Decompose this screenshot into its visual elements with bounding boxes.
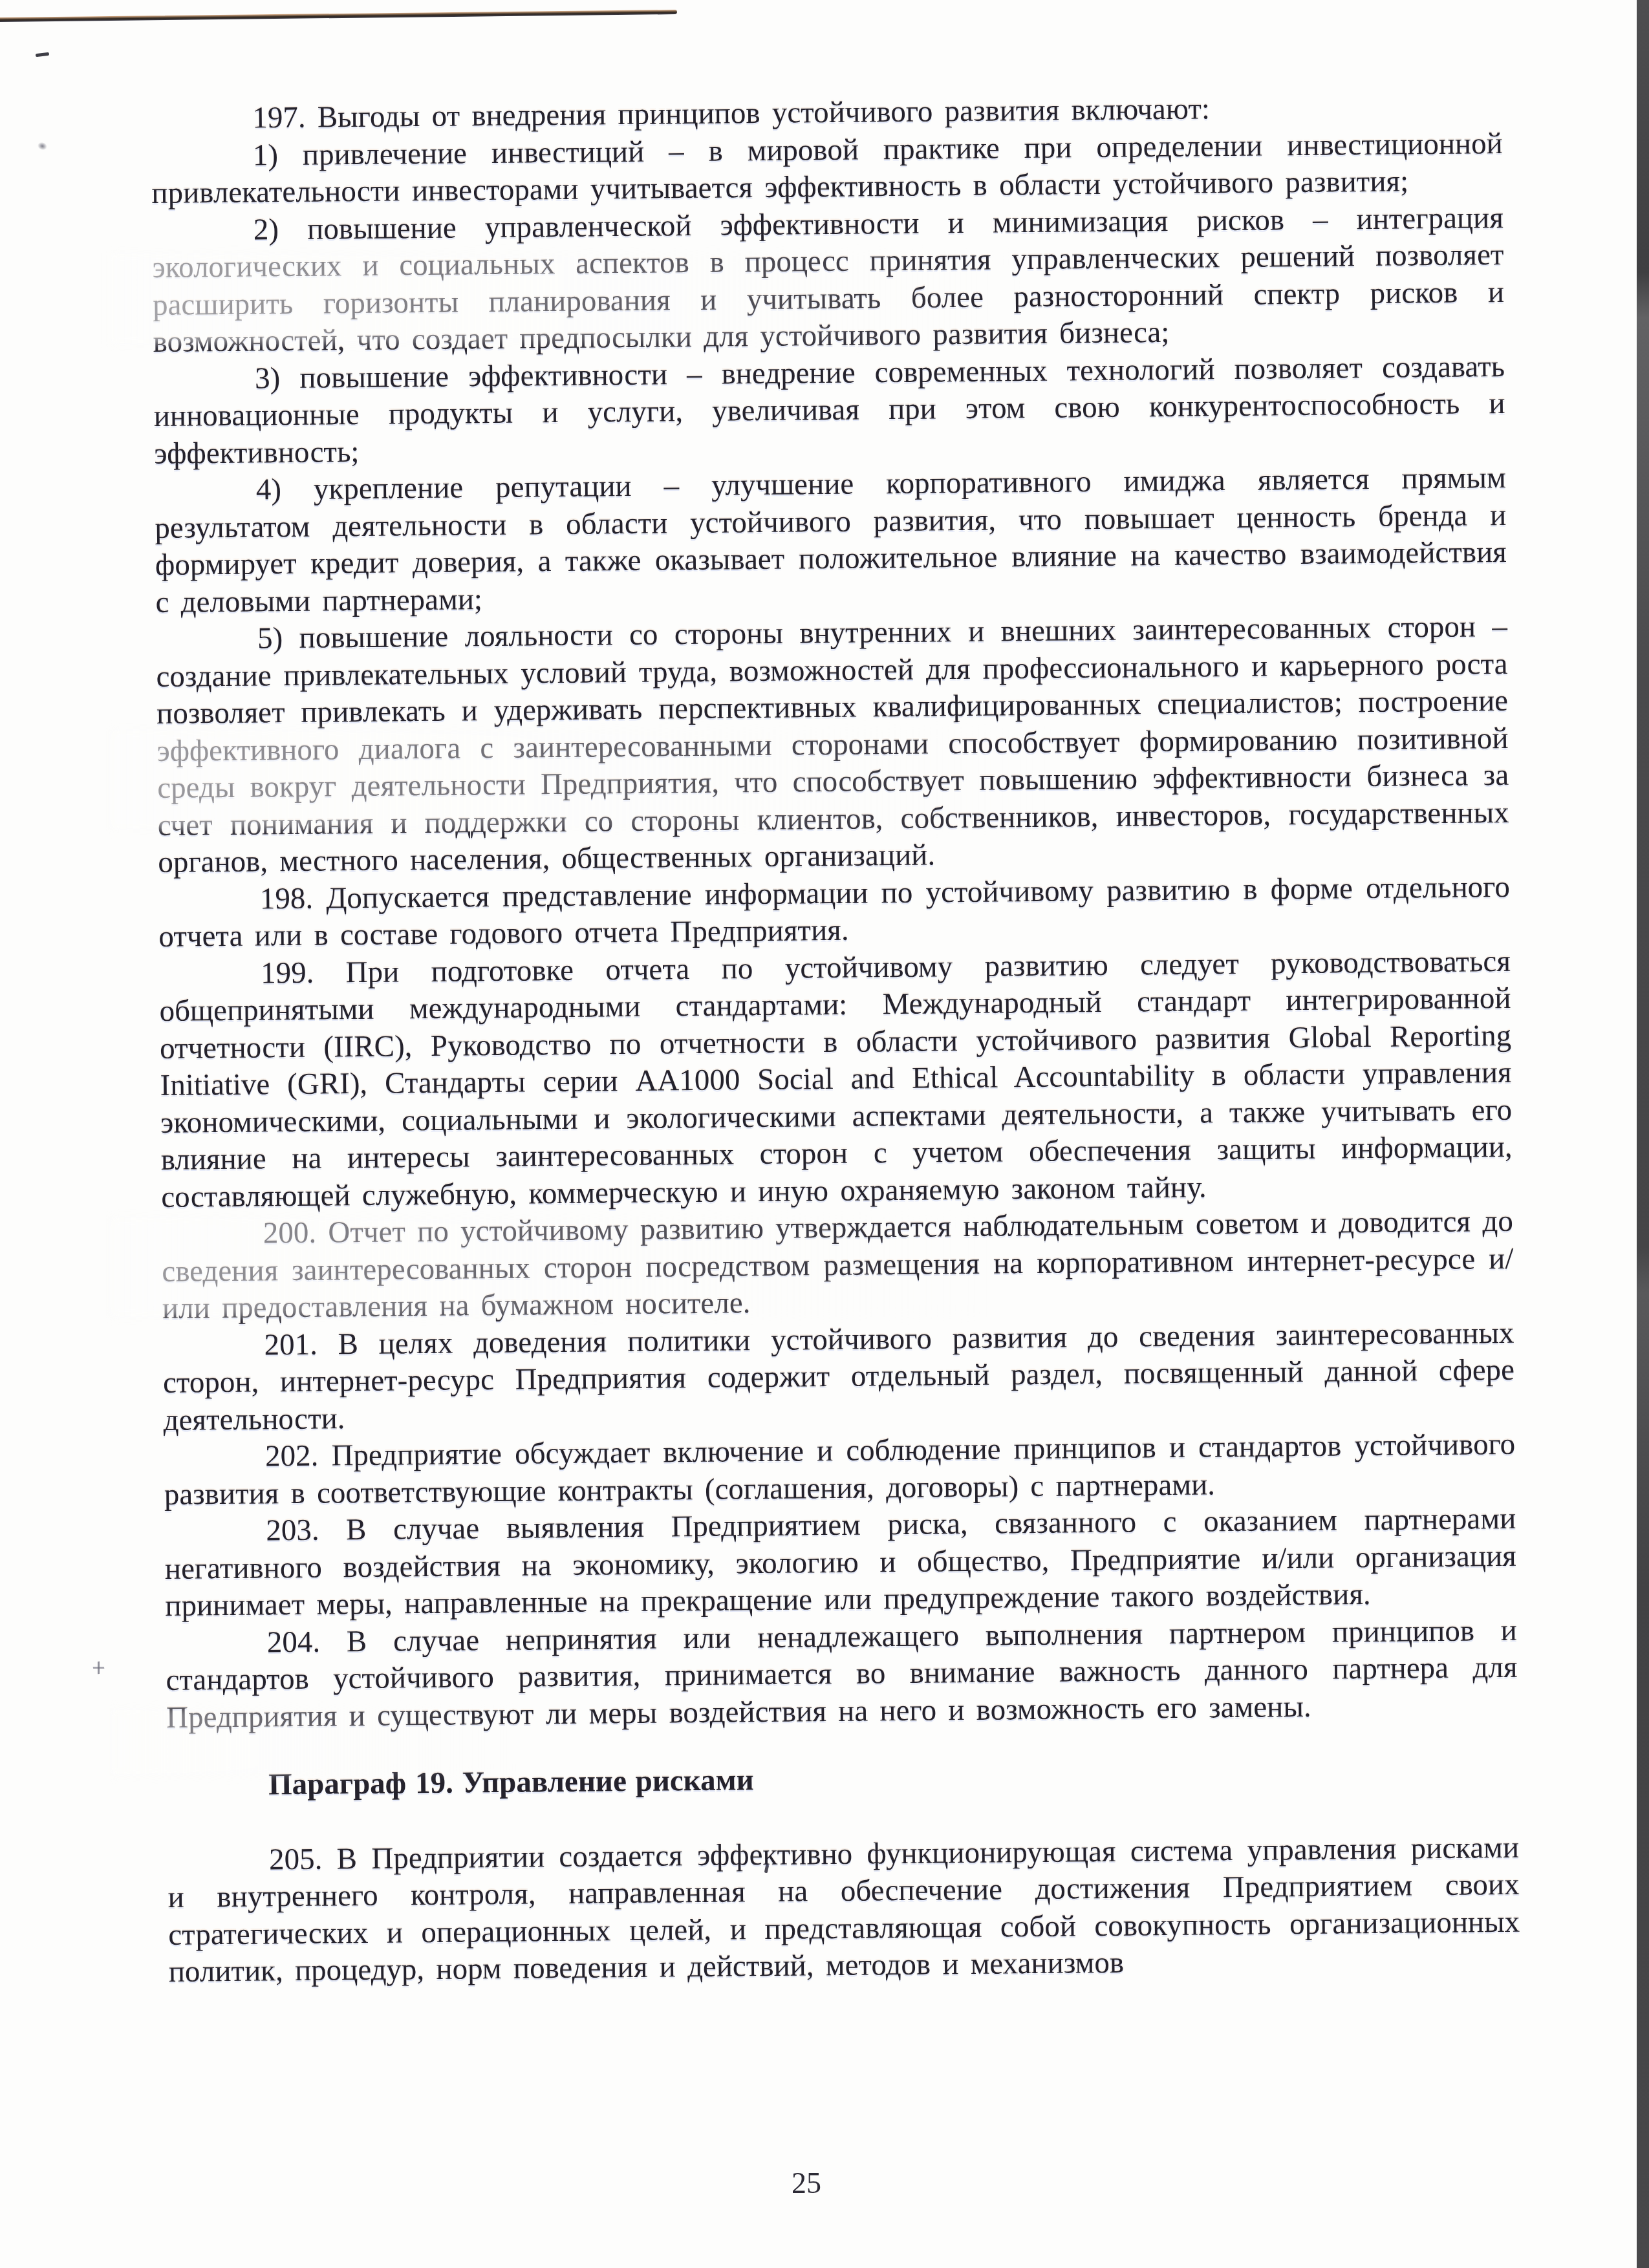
scan-right-edge-strip — [1637, 0, 1649, 2268]
section-heading-paragraph-19: Параграф 19. Управление рисками — [167, 1755, 1518, 1805]
list-item-5: 5) повышение лояльности со стороны внутр… — [156, 608, 1510, 882]
list-item-1: 1) привлечение инвестиций – в мировой пр… — [151, 125, 1503, 212]
document-text-block: 197. Выгоды от внедрения принципов устой… — [151, 88, 1520, 1991]
list-item-3: 3) повышение эффективности – внедрение с… — [153, 348, 1506, 473]
scan-top-edge-line — [0, 10, 677, 22]
list-item-4: 4) укрепление репутации – улучшение корп… — [155, 460, 1507, 621]
paragraph-198: 198. Допускается представление информаци… — [158, 868, 1511, 956]
paragraph-201: 201. В целях доведения политики устойчив… — [162, 1314, 1515, 1439]
scan-speck-dash — [36, 52, 49, 58]
paragraph-205: 205. В Предприятии создается эффективно … — [167, 1829, 1520, 1991]
scan-speck-smudge-1 — [36, 141, 48, 151]
paragraph-202: 202. Предприятие обсуждает включение и с… — [164, 1426, 1516, 1514]
scanned-document-page: 197. Выгоды от внедрения принципов устой… — [0, 0, 1649, 2268]
scan-speck-smudge-2 — [92, 1661, 105, 1675]
paragraph-200: 200. Отчет по устойчивому развитию утвер… — [162, 1203, 1514, 1328]
paragraph-199: 199. При подготовке отчета по устойчивом… — [159, 943, 1513, 1216]
page-number: 25 — [0, 2167, 1631, 2199]
paragraph-204: 204. В случае непринятия или ненадлежаще… — [166, 1612, 1518, 1737]
paragraph-203: 203. В случае выявления Предприятием рис… — [164, 1501, 1517, 1625]
list-item-2: 2) повышение управленческой эффективност… — [152, 199, 1505, 361]
